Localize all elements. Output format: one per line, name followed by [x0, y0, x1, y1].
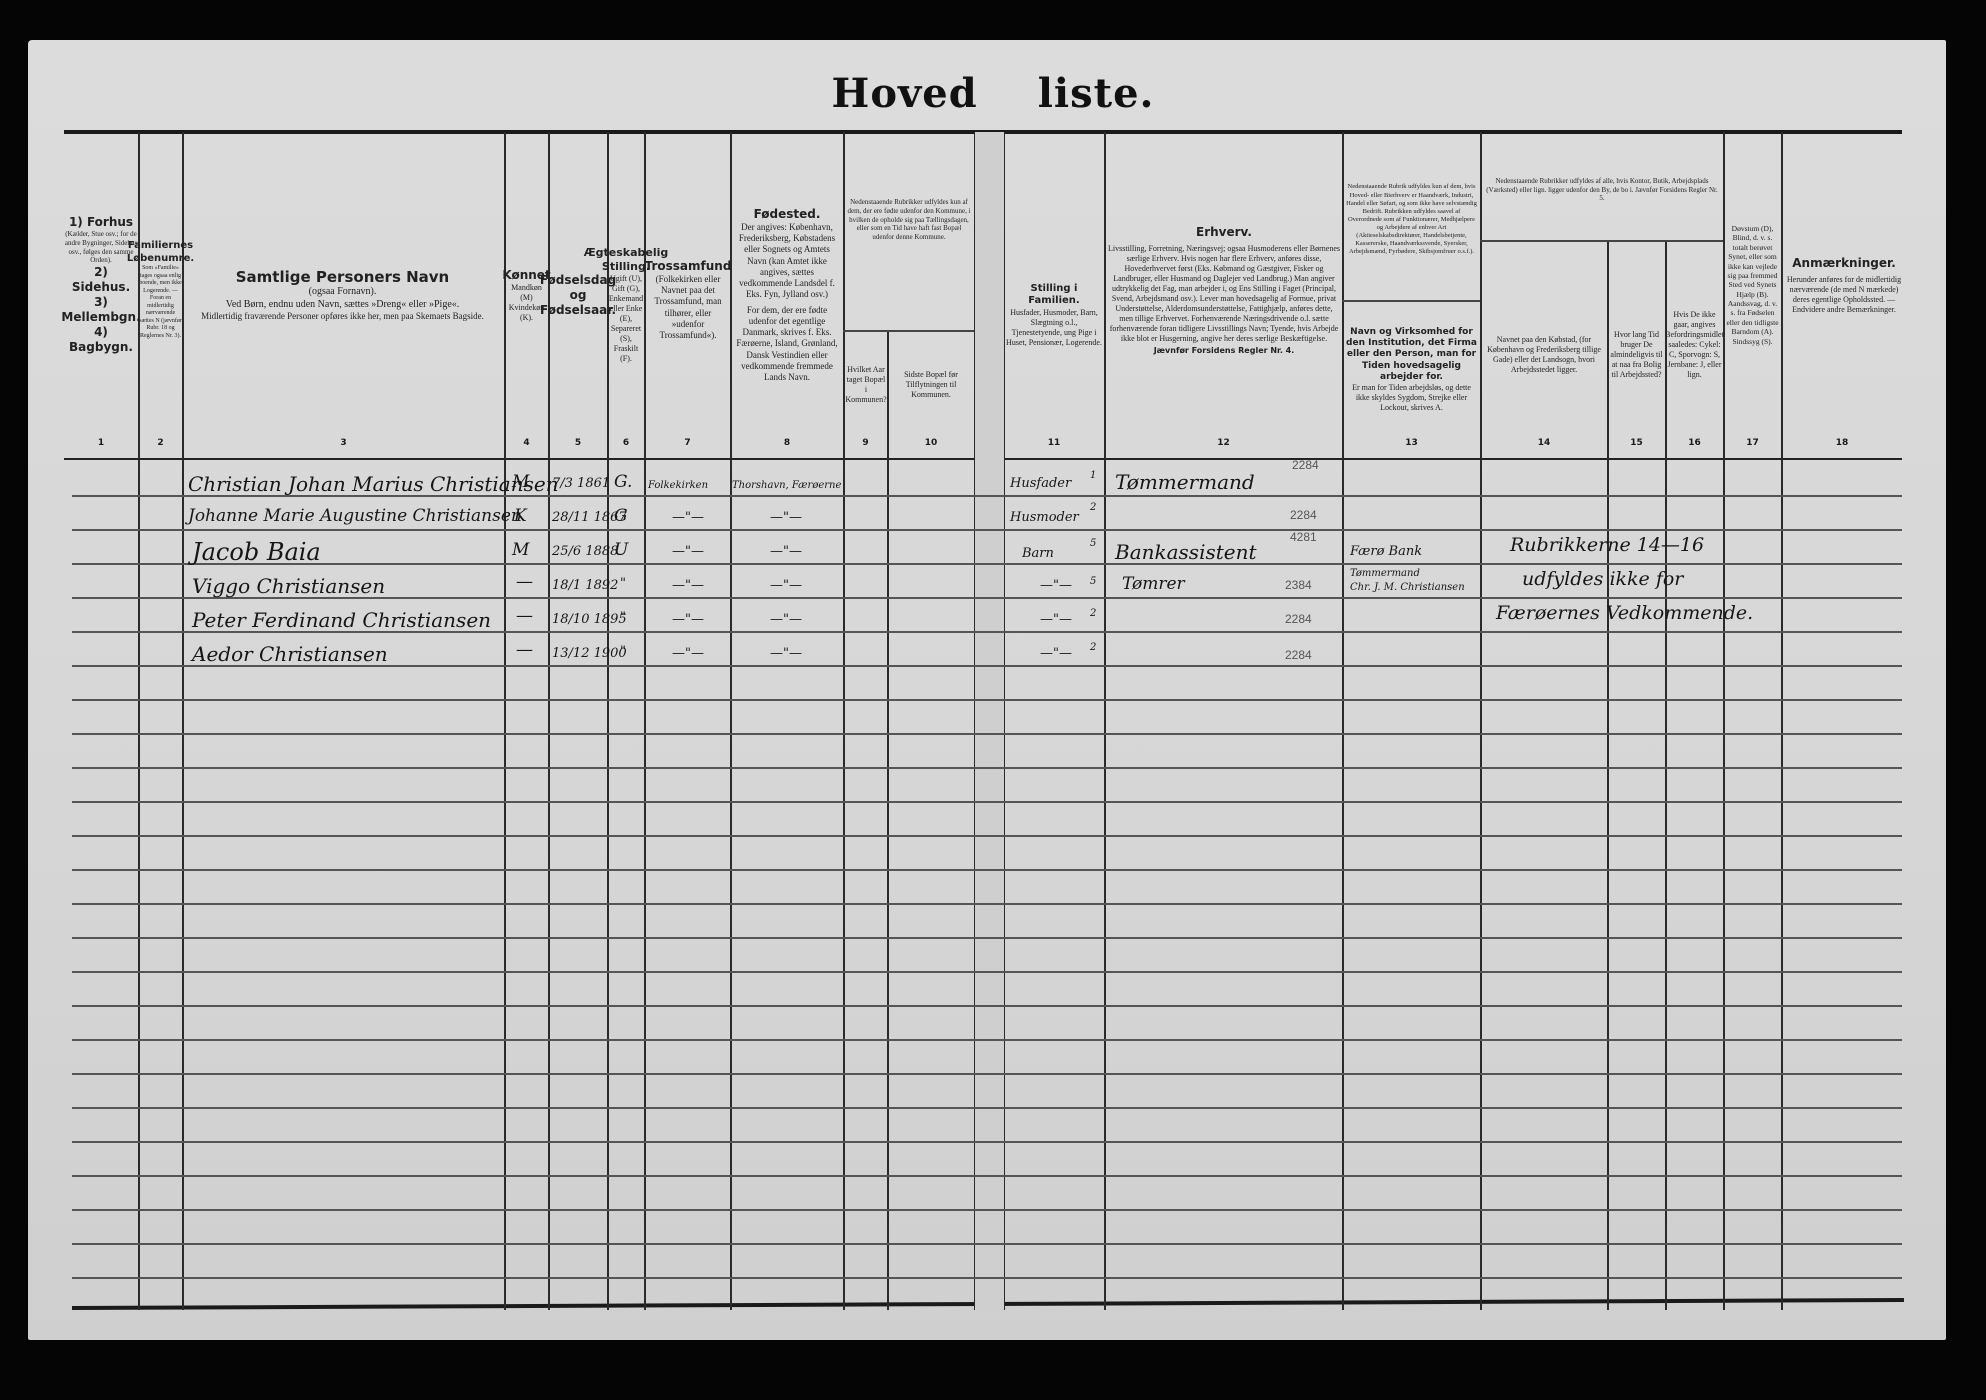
cols-14-16-note-line1: Rubrikkerne 14—16	[1510, 534, 1704, 556]
col14-16-group-note: Nedenstaaende Rubrikker udfyldes af alle…	[1484, 177, 1720, 203]
col3-note2: Midlertidig fraværende Personer opføres …	[201, 311, 484, 322]
entry-family-code: 2	[1090, 608, 1096, 619]
subheader-divider-14-16	[1480, 240, 1723, 242]
entry-name: Christian Johan Marius Christiansen	[188, 472, 559, 496]
col9-10-group-note: Nedenstaaende Rubrikker udfyldes kun af …	[846, 198, 972, 242]
col-header-6: Ægteskabelig Stilling. Ugift (U), Gift (…	[608, 190, 644, 420]
col-number: 2	[139, 438, 182, 448]
col17-title: Døvstum (D), Blind, d. v. s. totalt berø…	[1725, 224, 1780, 346]
col-header-10: Sidste Bopæl før Tilflytningen til Kommu…	[890, 340, 972, 430]
entry-employer-line2: Chr. J. M. Christiansen	[1350, 582, 1465, 593]
entry-marital: "	[620, 610, 626, 625]
col-header-13-group: Nedenstaaende Rubrik udfyldes kun af dem…	[1345, 145, 1478, 295]
row-rule	[72, 1209, 1902, 1211]
row-rule	[72, 801, 1902, 803]
row-rule	[72, 1277, 1902, 1279]
col-divider	[887, 330, 889, 1310]
col-divider	[730, 132, 732, 1310]
col7-note: (Folkekirken eller Navnet paa det Trossa…	[648, 274, 728, 342]
entry-faith: —"—	[672, 578, 704, 593]
entry-occupation-code: 2284	[1285, 612, 1312, 626]
entry-faith: —"—	[672, 544, 704, 559]
entry-sex: M	[512, 540, 529, 560]
col-number: 16	[1666, 438, 1723, 448]
entry-family-position: —"—	[1040, 646, 1072, 661]
col-divider	[1480, 132, 1482, 1310]
entry-employer: Færø Bank	[1350, 544, 1422, 559]
col1-bagbygning: 4) Bagbygn.	[64, 325, 138, 355]
col-header-9: Hvilket Aar taget Bopæl i Kommunen?	[845, 340, 887, 430]
center-fold-gutter	[974, 132, 1005, 1310]
row-rule	[72, 529, 1902, 531]
cols-14-16-note-line3: Færøernes Vedkommende.	[1496, 602, 1753, 624]
entry-birthplace: Thorshavn, Færøerne	[732, 480, 841, 491]
entry-employer-line1: Tømmermand	[1350, 568, 1420, 579]
col5-title: Fødselsdag og Fødselsaar.	[540, 273, 616, 318]
form-title: Hovedliste.	[0, 70, 1986, 117]
col-header-17: Døvstum (D), Blind, d. v. s. totalt berø…	[1725, 140, 1780, 430]
row-rule	[72, 1107, 1902, 1109]
row-rule	[72, 563, 1902, 565]
entry-birthplace: —"—	[770, 544, 802, 559]
entry-family-code: 5	[1090, 538, 1096, 549]
row-rule	[72, 1141, 1902, 1143]
entry-birth: 18/10 1895	[552, 612, 627, 627]
col14-title: Navnet paa den Købstad, (for København o…	[1483, 335, 1605, 375]
row-rule	[72, 767, 1902, 769]
col-number: 10	[888, 438, 974, 448]
col-number: 3	[183, 438, 504, 448]
col-header-12: Erhverv. Livsstilling, Forretning, Nærin…	[1108, 150, 1340, 430]
col3-subtitle: (ogsaa Fornavn).	[309, 286, 377, 299]
col12-rule: Jævnfør Forsidens Regler Nr. 4.	[1154, 346, 1295, 356]
entry-birthplace: —"—	[770, 510, 802, 525]
row-rule	[72, 1073, 1902, 1075]
col8-note1: Der angives: København, Frederiksberg, K…	[734, 222, 840, 301]
entry-occupation-code: 2384	[1285, 578, 1312, 592]
col3-title: Samtlige Personers Navn	[236, 268, 449, 287]
col6-note: Ugift (U), Gift (G), Enkemand eller Enke…	[608, 274, 644, 364]
entry-name: Jacob Baia	[192, 538, 321, 566]
entry-birthplace: —"—	[770, 578, 802, 593]
entry-name: Aedor Christiansen	[192, 642, 388, 666]
entry-occupation: Bankassistent	[1115, 540, 1257, 564]
entry-sex: —	[516, 606, 533, 626]
col-number: 6	[608, 438, 644, 448]
entry-family-code: 2	[1090, 642, 1096, 653]
entry-family-position: Husfader	[1010, 476, 1071, 491]
entry-birth: 18/1 1892	[552, 578, 618, 593]
col-number: 17	[1724, 438, 1781, 448]
col-header-11: Stilling i Familien. Husfader, Husmoder,…	[1006, 240, 1102, 390]
col13-title: Navn og Virksomhed for den Institution, …	[1345, 327, 1478, 383]
col-header-16: Hvis De ikke gaar, angives Befordringsmi…	[1667, 260, 1722, 430]
entry-faith: Folkekirken	[648, 480, 708, 491]
col-header-15: Hvor lang Tid bruger De almindeligvis ti…	[1609, 280, 1664, 430]
col8-note2: For dem, der ere fødte udenfor det egent…	[734, 305, 840, 384]
col-number: 4	[505, 438, 548, 448]
col7-title: Trossamfund	[645, 259, 732, 274]
entry-occupation-code: 2284	[1292, 458, 1319, 472]
col-number: 12	[1105, 438, 1342, 448]
col3-note1: Ved Børn, endnu uden Navn, sættes »Dreng…	[226, 299, 460, 312]
col-number: 15	[1608, 438, 1665, 448]
entry-family-code: 1	[1090, 470, 1096, 481]
col11-note: Husfader, Husmoder, Barn, Slægtning o.l.…	[1006, 308, 1102, 348]
col15-title: Hvor lang Tid bruger De almindeligvis ti…	[1609, 330, 1664, 380]
col-divider	[1342, 132, 1344, 1310]
entry-family-position: Husmoder	[1010, 510, 1079, 525]
col-header-13: Navn og Virksomhed for den Institution, …	[1345, 305, 1478, 435]
entry-birth: 25/6 1888	[552, 544, 618, 559]
cols-14-16-note-line2: udfyldes ikke for	[1522, 568, 1683, 590]
col18-title: Anmærkninger.	[1792, 256, 1896, 271]
col-number: 5	[549, 438, 607, 448]
col12-title: Erhverv.	[1196, 225, 1252, 240]
col-divider	[1781, 132, 1783, 1310]
entry-marital: "	[620, 644, 626, 659]
col-number: 8	[731, 438, 843, 448]
entry-family-code: 5	[1090, 576, 1096, 587]
col9-title: Hvilket Aar taget Bopæl i Kommunen?	[845, 365, 887, 405]
entry-name: Peter Ferdinand Christiansen	[192, 608, 491, 632]
row-rule	[72, 971, 1902, 973]
entry-marital: "	[620, 576, 626, 591]
col-number: 7	[645, 438, 730, 448]
entry-occupation: Tømrer	[1122, 574, 1185, 594]
row-rule	[72, 903, 1902, 905]
entry-name: Johanne Marie Augustine Christiansen	[188, 506, 522, 526]
col13-note: Er man for Tiden arbejdsløs, og dette ik…	[1345, 383, 1478, 413]
col16-title: Hvis De ikke gaar, angives Befordringsmi…	[1665, 310, 1724, 380]
entry-family-code: 2	[1090, 502, 1096, 513]
entry-occupation: Tømmermand	[1115, 470, 1255, 494]
col-divider	[843, 132, 845, 1310]
col-divider	[182, 132, 184, 1310]
row-rule	[72, 733, 1902, 735]
col-header-9-10-group: Nedenstaaende Rubrikker udfyldes kun af …	[846, 170, 972, 270]
col-divider	[644, 132, 646, 1310]
col-header-7: Trossamfund (Folkekirken eller Navnet pa…	[648, 230, 728, 370]
entry-occupation-code: 2284	[1290, 508, 1317, 522]
col-number: 1	[64, 438, 138, 448]
col1-mellembygning: 3) Mellembgn.	[61, 295, 140, 325]
subheader-divider-13	[1342, 300, 1480, 302]
col2-note: Som »Familie« tages ogsaa enlig boende, …	[139, 265, 182, 340]
title-left: Hoved	[832, 70, 978, 117]
row-rule	[72, 835, 1902, 837]
col-header-1: 1) Forhus (Kælder, Stue osv.; for de and…	[64, 140, 138, 430]
entry-faith: —"—	[672, 646, 704, 661]
col12-note: Livsstilling, Forretning, Næringsvej; og…	[1108, 244, 1340, 344]
entry-marital: U	[614, 540, 628, 560]
entry-birth: 13/12 1900	[552, 646, 627, 661]
col-number: 11	[1004, 438, 1104, 448]
col1-title: 1) Forhus	[69, 215, 133, 230]
col-header-14: Navnet paa den Købstad, (for København o…	[1483, 300, 1605, 410]
row-rule	[72, 1005, 1902, 1007]
title-right: liste.	[1038, 70, 1155, 117]
entry-birthplace: —"—	[770, 646, 802, 661]
entry-occupation-code: 2284	[1285, 648, 1312, 662]
col-header-8: Fødested. Der angives: København, Freder…	[734, 160, 840, 430]
row-rule	[72, 937, 1902, 939]
row-rule	[72, 1175, 1902, 1177]
col8-title: Fødested.	[754, 207, 821, 222]
col13-group-note: Nedenstaaende Rubrik udfyldes kun af dem…	[1345, 183, 1478, 256]
entry-family-position: —"—	[1040, 578, 1072, 593]
entry-sex: —	[516, 572, 533, 592]
entry-family-position: Barn	[1022, 546, 1054, 561]
entry-faith: —"—	[672, 612, 704, 627]
row-rule	[72, 699, 1902, 701]
col2-title: Familiernes Løbenumre.	[127, 240, 194, 265]
entry-sex: —	[516, 640, 533, 660]
entry-occupation-code: 4281	[1290, 530, 1317, 544]
col-number: 13	[1343, 438, 1480, 448]
col10-title: Sidste Bopæl før Tilflytningen til Kommu…	[890, 370, 972, 400]
col-number: 14	[1481, 438, 1607, 448]
entry-name: Viggo Christiansen	[192, 574, 385, 598]
col1-sidehus: 2) Sidehus.	[64, 265, 138, 295]
row-rule	[72, 1243, 1902, 1245]
col-number: 9	[844, 438, 887, 448]
entry-birth: 7/3 1861	[552, 476, 610, 491]
col-header-2: Familiernes Løbenumre. Som »Familie« tag…	[139, 190, 182, 390]
col18-note: Herunder anføres for de midlertidig nærv…	[1786, 275, 1902, 315]
col-divider	[1104, 132, 1106, 1310]
col11-title: Stilling i Familien.	[1006, 283, 1102, 308]
entry-marital: G.	[614, 472, 632, 492]
col-header-14-16-group: Nedenstaaende Rubrikker udfyldes af alle…	[1484, 160, 1720, 220]
col-header-3: Samtlige Personers Navn (ogsaa Fornavn).…	[190, 230, 495, 360]
subheader-divider-9-10	[843, 330, 974, 332]
row-rule	[72, 1039, 1902, 1041]
row-rule	[72, 869, 1902, 871]
entry-birthplace: —"—	[770, 612, 802, 627]
entry-marital: G	[614, 506, 628, 526]
col-header-18: Anmærkninger. Herunder anføres for de mi…	[1786, 210, 1902, 360]
entry-family-position: —"—	[1040, 612, 1072, 627]
entry-sex: K	[514, 506, 527, 526]
col-number: 18	[1782, 438, 1902, 448]
entry-faith: —"—	[672, 510, 704, 525]
entry-sex: M	[512, 472, 529, 492]
